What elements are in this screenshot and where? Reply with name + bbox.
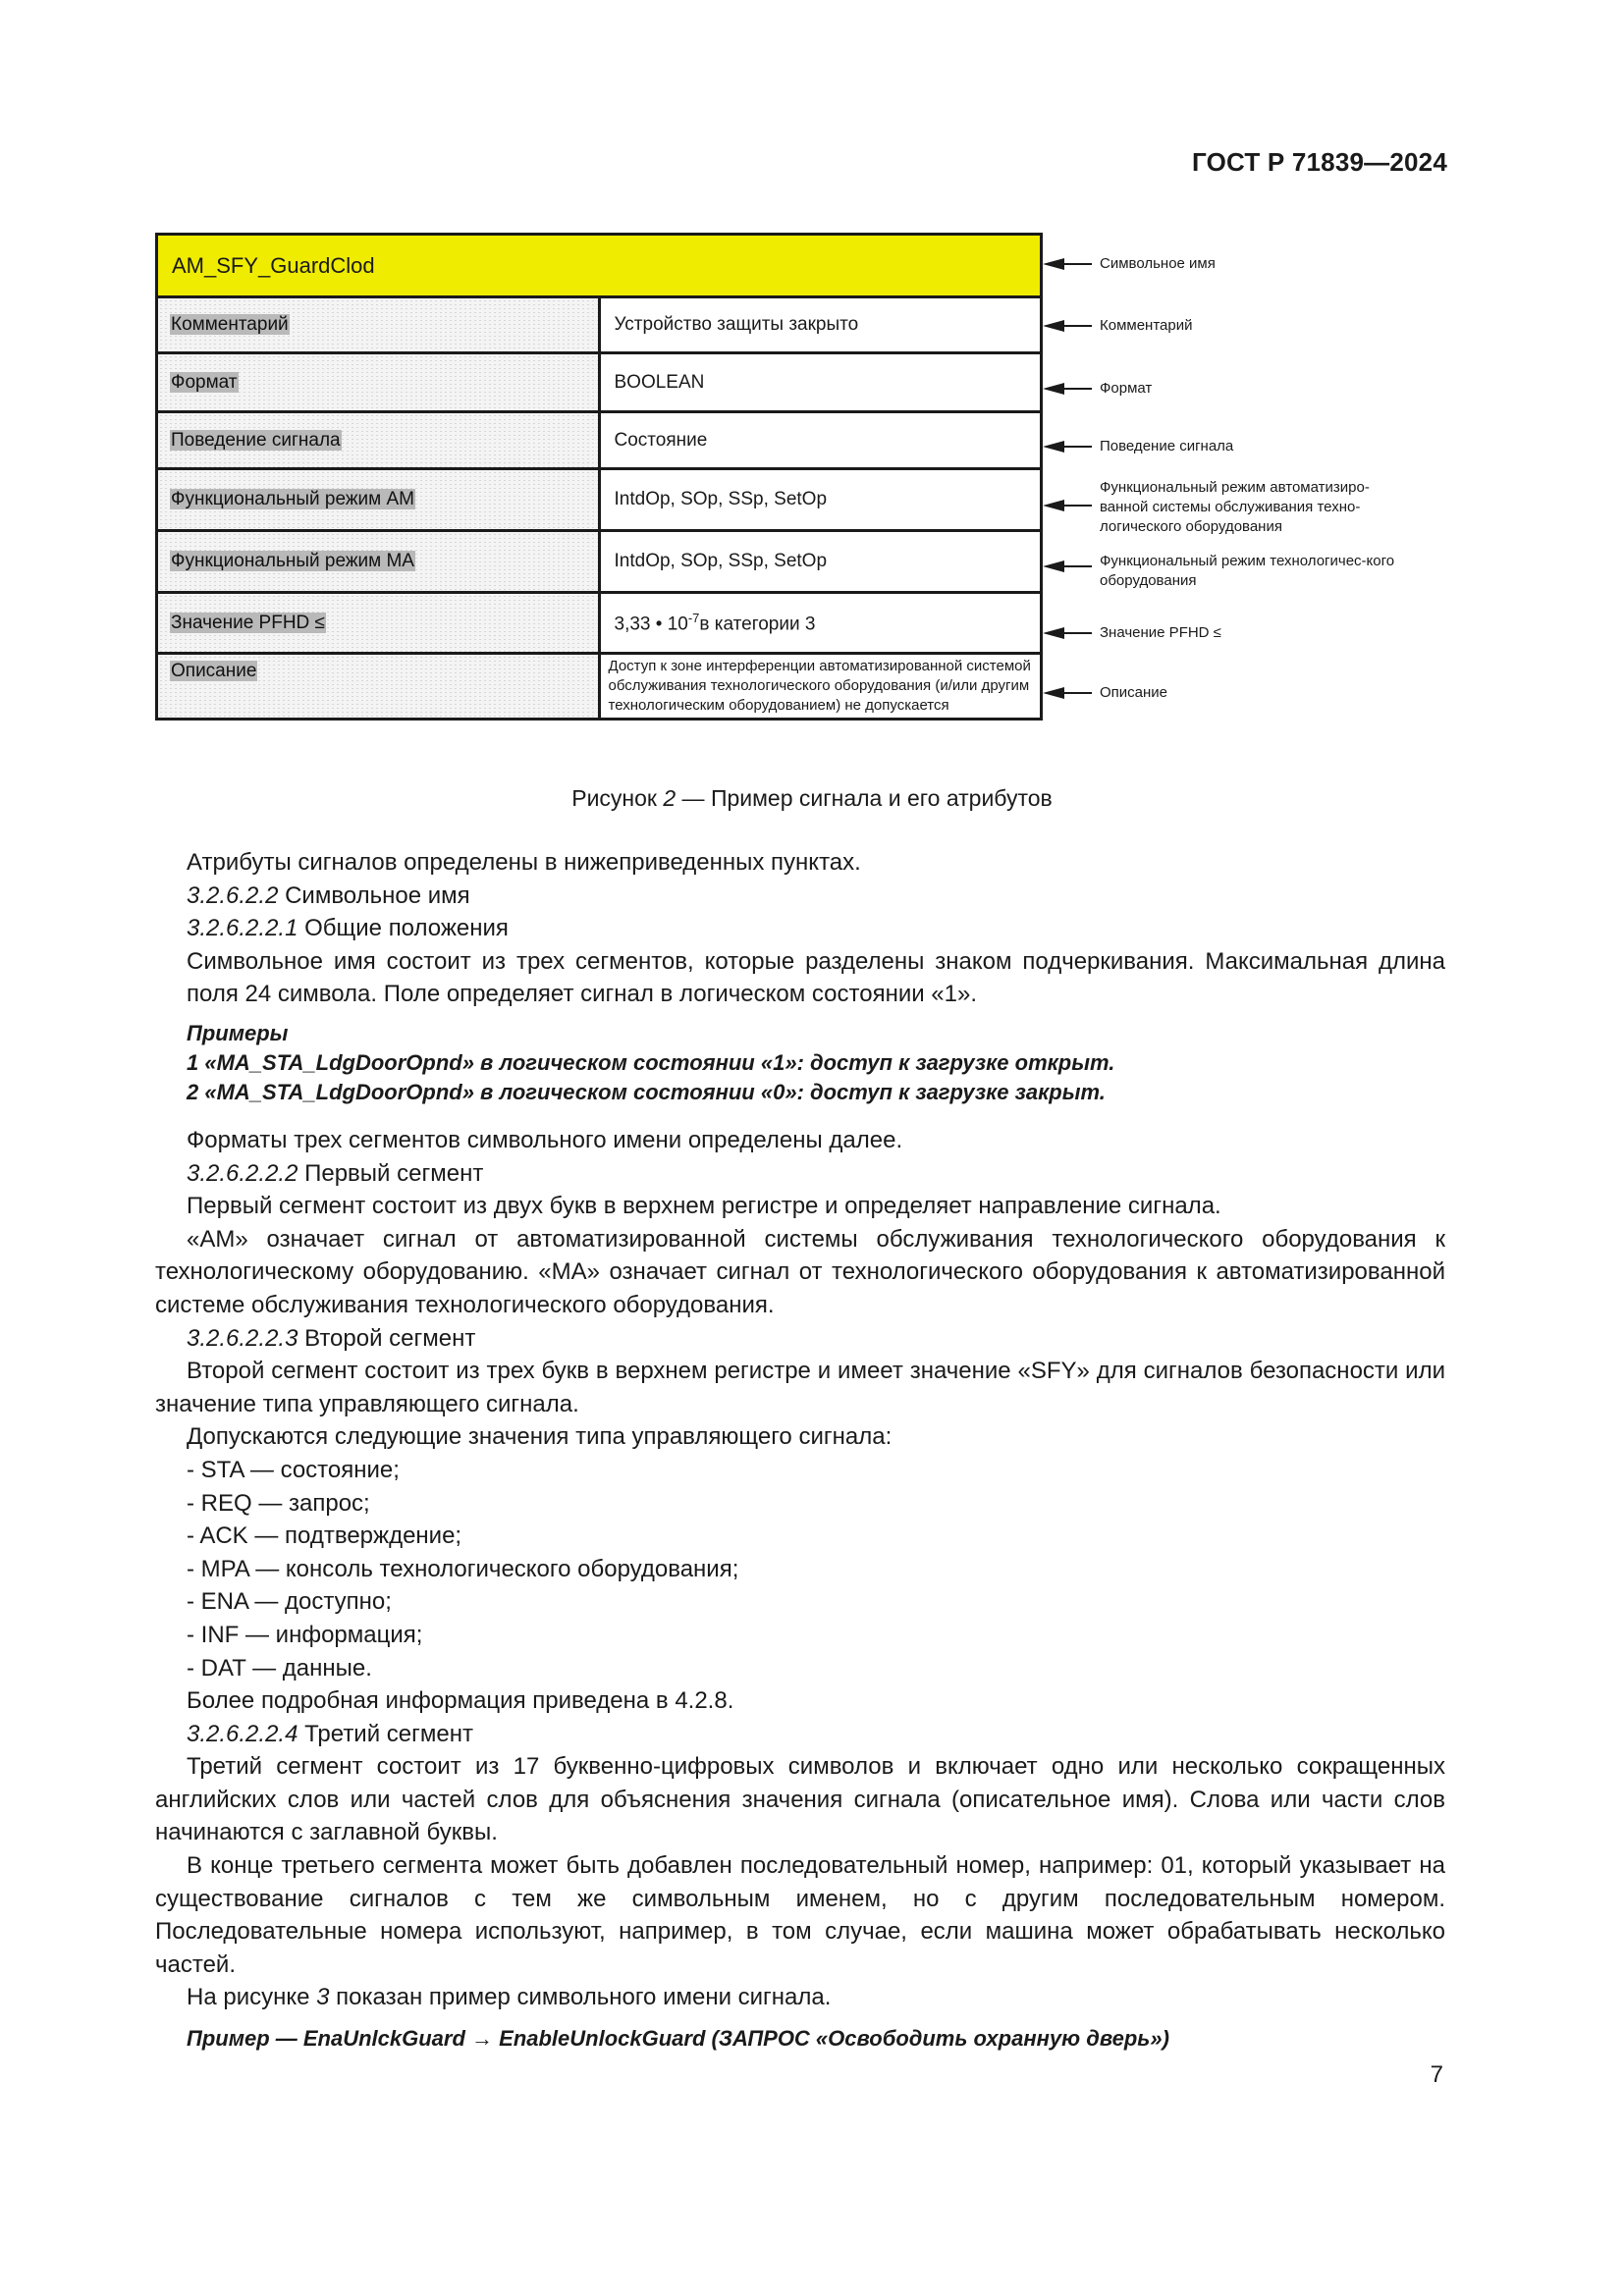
example-item: 2 «MA_STA_LdgDoorOpnd» в логическом сост… bbox=[187, 1078, 1445, 1107]
arrow-left-icon bbox=[1043, 499, 1092, 512]
arrow-left-icon bbox=[1043, 257, 1092, 271]
attribute-key: Формат bbox=[157, 353, 600, 412]
list-item: - DAT — данные. bbox=[187, 1652, 1445, 1685]
document-body: Атрибуты сигналов определены в нижеприве… bbox=[187, 846, 1445, 1011]
arrow-left-icon bbox=[1043, 382, 1092, 396]
section-heading: 3.2.6.2.2.1 Общие положения bbox=[187, 912, 1445, 945]
paragraph: На рисунке 3 показан пример символьного … bbox=[187, 1981, 1445, 2014]
list-item: - ACK — подтверждение; bbox=[187, 1520, 1445, 1553]
attribute-value: 3,33 • 10-7в категории 3 bbox=[599, 593, 1042, 654]
symbolic-name-cell: AM_SFY_GuardClod bbox=[157, 235, 1042, 297]
figure-caption: Рисунок 2 — Пример сигнала и его атрибут… bbox=[0, 785, 1624, 812]
attribute-key: Описание bbox=[157, 654, 600, 720]
annotation: Формат bbox=[1043, 382, 1414, 399]
examples-title: Примеры bbox=[187, 1019, 1445, 1048]
paragraph: Символьное имя состоит из трех сегментов… bbox=[187, 945, 1445, 1011]
section-heading: 3.2.6.2.2.4 Третий сегмент bbox=[187, 1718, 1445, 1751]
list-item: - ENA — доступно; bbox=[187, 1585, 1445, 1619]
examples-block: Примеры 1 «MA_STA_LdgDoorOpnd» в логичес… bbox=[187, 1019, 1445, 1107]
section-heading: 3.2.6.2.2.2 Первый сегмент bbox=[187, 1157, 1445, 1191]
document-body-continued: Форматы трех сегментов символьного имени… bbox=[187, 1124, 1445, 2054]
example-item: 1 «MA_STA_LdgDoorOpnd» в логическом сост… bbox=[187, 1048, 1445, 1078]
annotation: Функциональный режим автоматизиро-ванной… bbox=[1043, 499, 1414, 537]
signal-attributes-figure: AM_SFY_GuardClod Комментарий Устройство … bbox=[155, 233, 1043, 721]
page-number: 7 bbox=[1431, 2061, 1443, 2089]
attribute-value: Устройство защиты закрыто bbox=[599, 297, 1042, 353]
attribute-key: Значение PFHD ≤ bbox=[157, 593, 600, 654]
list-item: - STA — состояние; bbox=[187, 1454, 1445, 1487]
annotation: Значение PFHD ≤ bbox=[1043, 626, 1414, 643]
attribute-key: Комментарий bbox=[157, 297, 600, 353]
paragraph: Первый сегмент состоит из двух букв в ве… bbox=[187, 1190, 1445, 1223]
section-heading: 3.2.6.2.2 Символьное имя bbox=[187, 880, 1445, 913]
standard-code: ГОСТ Р 71839—2024 bbox=[1192, 147, 1447, 178]
paragraph: В конце третьего сегмента может быть доб… bbox=[155, 1849, 1445, 1981]
attribute-value: Состояние bbox=[599, 412, 1042, 469]
paragraph: Атрибуты сигналов определены в нижеприве… bbox=[187, 846, 1445, 880]
paragraph: Второй сегмент состоит из трех букв в ве… bbox=[155, 1355, 1445, 1420]
paragraph: Более подробная информация приведена в 4… bbox=[187, 1684, 1445, 1718]
attribute-value: BOOLEAN bbox=[599, 353, 1042, 412]
list-item: - INF — информация; bbox=[187, 1619, 1445, 1652]
attribute-value: IntdOp, SOp, SSp, SetOp bbox=[599, 469, 1042, 531]
paragraph: Допускаются следующие значения типа упра… bbox=[187, 1420, 1445, 1454]
paragraph: «AM» означает сигнал от автоматизированн… bbox=[155, 1223, 1445, 1322]
attribute-value: IntdOp, SOp, SSp, SetOp bbox=[599, 531, 1042, 593]
annotation: Описание bbox=[1043, 686, 1414, 703]
list-item: - MPA — консоль технологического оборудо… bbox=[187, 1553, 1445, 1586]
annotation: Символьное имя bbox=[1043, 257, 1414, 274]
annotation: Комментарий bbox=[1043, 319, 1414, 336]
attribute-key: Функциональный режим AM bbox=[157, 469, 600, 531]
arrow-left-icon bbox=[1043, 686, 1092, 700]
annotation: Поведение сигнала bbox=[1043, 440, 1414, 456]
arrow-left-icon bbox=[1043, 560, 1092, 573]
example-final: Пример — EnaUnlckGuard → EnableUnlockGua… bbox=[187, 2024, 1445, 2054]
section-heading: 3.2.6.2.2.3 Второй сегмент bbox=[187, 1322, 1445, 1356]
arrow-left-icon bbox=[1043, 440, 1092, 454]
arrow-left-icon bbox=[1043, 319, 1092, 333]
annotation: Функциональный режим технологичес-кого о… bbox=[1043, 560, 1414, 591]
paragraph: Форматы трех сегментов символьного имени… bbox=[187, 1124, 1445, 1157]
attribute-value: Доступ к зоне интерференции автоматизиро… bbox=[599, 654, 1042, 720]
list-item: - REQ — запрос; bbox=[187, 1487, 1445, 1521]
arrow-left-icon bbox=[1043, 626, 1092, 640]
paragraph: Третий сегмент состоит из 17 буквенно-ци… bbox=[155, 1750, 1445, 1849]
attribute-key: Функциональный режим MA bbox=[157, 531, 600, 593]
signal-attributes-table: AM_SFY_GuardClod Комментарий Устройство … bbox=[155, 233, 1043, 721]
attribute-key: Поведение сигнала bbox=[157, 412, 600, 469]
